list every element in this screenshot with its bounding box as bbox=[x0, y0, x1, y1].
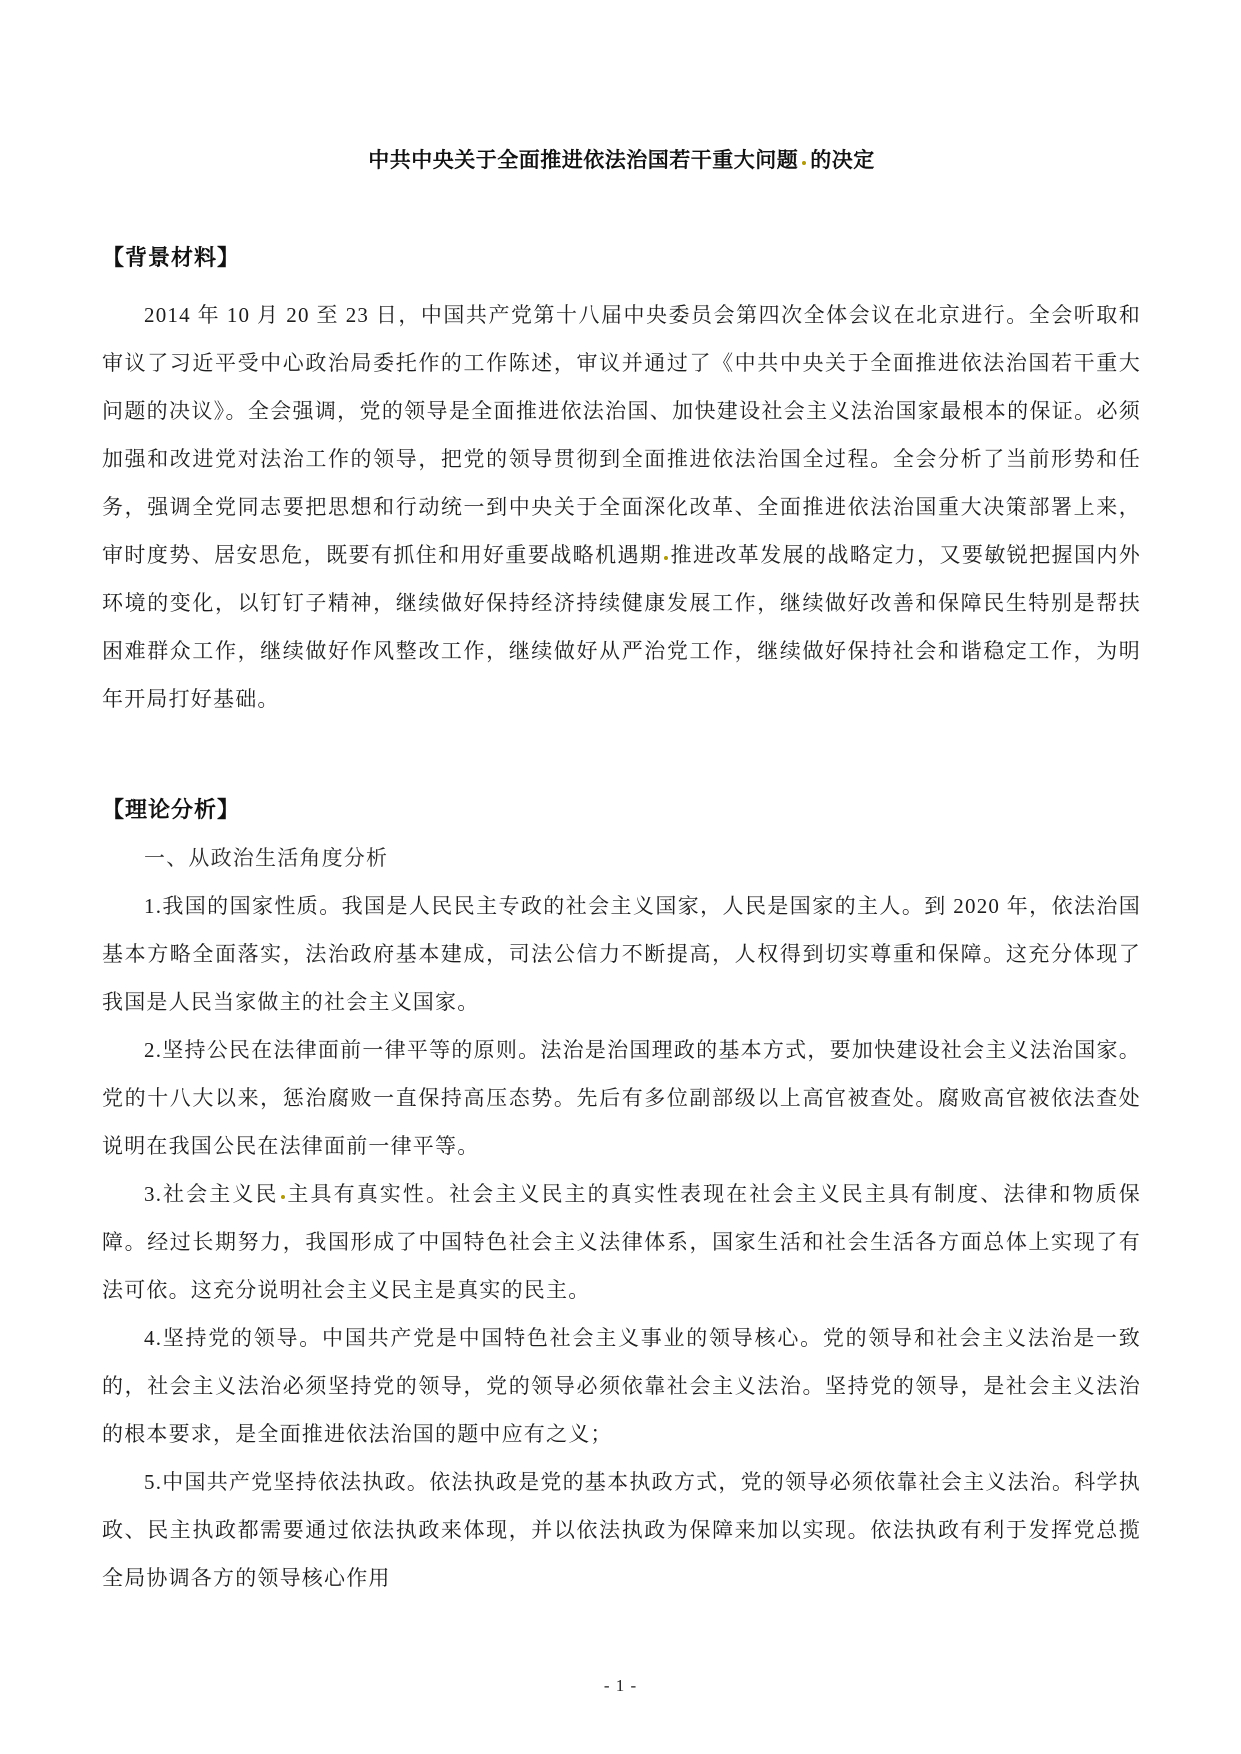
section-heading-background: 【背景材料】 bbox=[102, 243, 1141, 273]
background-paragraph-text-2: 推进改革发展的战略定力，又要敏锐把握国内外环境的变化，以钉钉子精神，继续做好保持… bbox=[102, 543, 1141, 711]
background-paragraph-text-1: 2014 年 10 月 20 至 23 日，中国共产党第十八届中央委员会第四次全… bbox=[102, 303, 1141, 567]
analysis-subheading: 一、从政治生活角度分析 bbox=[102, 834, 1141, 882]
document-title: 中共中央关于全面推进依法治国若干重大问题的决定 bbox=[102, 145, 1141, 175]
analysis-point-1: 1.我国的国家性质。我国是人民民主专政的社会主义国家，人民是国家的主人。到 20… bbox=[102, 882, 1141, 1026]
analysis-point-2: 2.坚持公民在法律面前一律平等的原则。法治是治国理政的基本方式，要加快建设社会主… bbox=[102, 1026, 1141, 1170]
spellcheck-dot-icon bbox=[802, 161, 806, 165]
spellcheck-dot-icon bbox=[664, 556, 668, 560]
section-heading-analysis: 【理论分析】 bbox=[102, 795, 1141, 825]
analysis-point-5: 5.中国共产党坚持依法执政。依法执政是党的基本执政方式，党的领导必须依靠社会主义… bbox=[102, 1458, 1141, 1602]
page-number: - 1 - bbox=[0, 1676, 1241, 1696]
document-title-text: 中共中央关于全面推进依法治国若干重大问题 bbox=[368, 148, 798, 172]
analysis-point-3-text-1: 3.社会主义民 bbox=[144, 1182, 279, 1206]
background-paragraph: 2014 年 10 月 20 至 23 日，中国共产党第十八届中央委员会第四次全… bbox=[102, 291, 1141, 723]
analysis-point-4: 4.坚持党的领导。中国共产党是中国特色社会主义事业的领导核心。党的领导和社会主义… bbox=[102, 1314, 1141, 1458]
spellcheck-dot-icon bbox=[281, 1195, 285, 1199]
document-title-suffix: 的决定 bbox=[810, 148, 875, 172]
document-page: 中共中央关于全面推进依法治国若干重大问题的决定 【背景材料】 2014 年 10… bbox=[0, 0, 1241, 1754]
analysis-point-3: 3.社会主义民主具有真实性。社会主义民主的真实性表现在社会主义民主具有制度、法律… bbox=[102, 1170, 1141, 1314]
